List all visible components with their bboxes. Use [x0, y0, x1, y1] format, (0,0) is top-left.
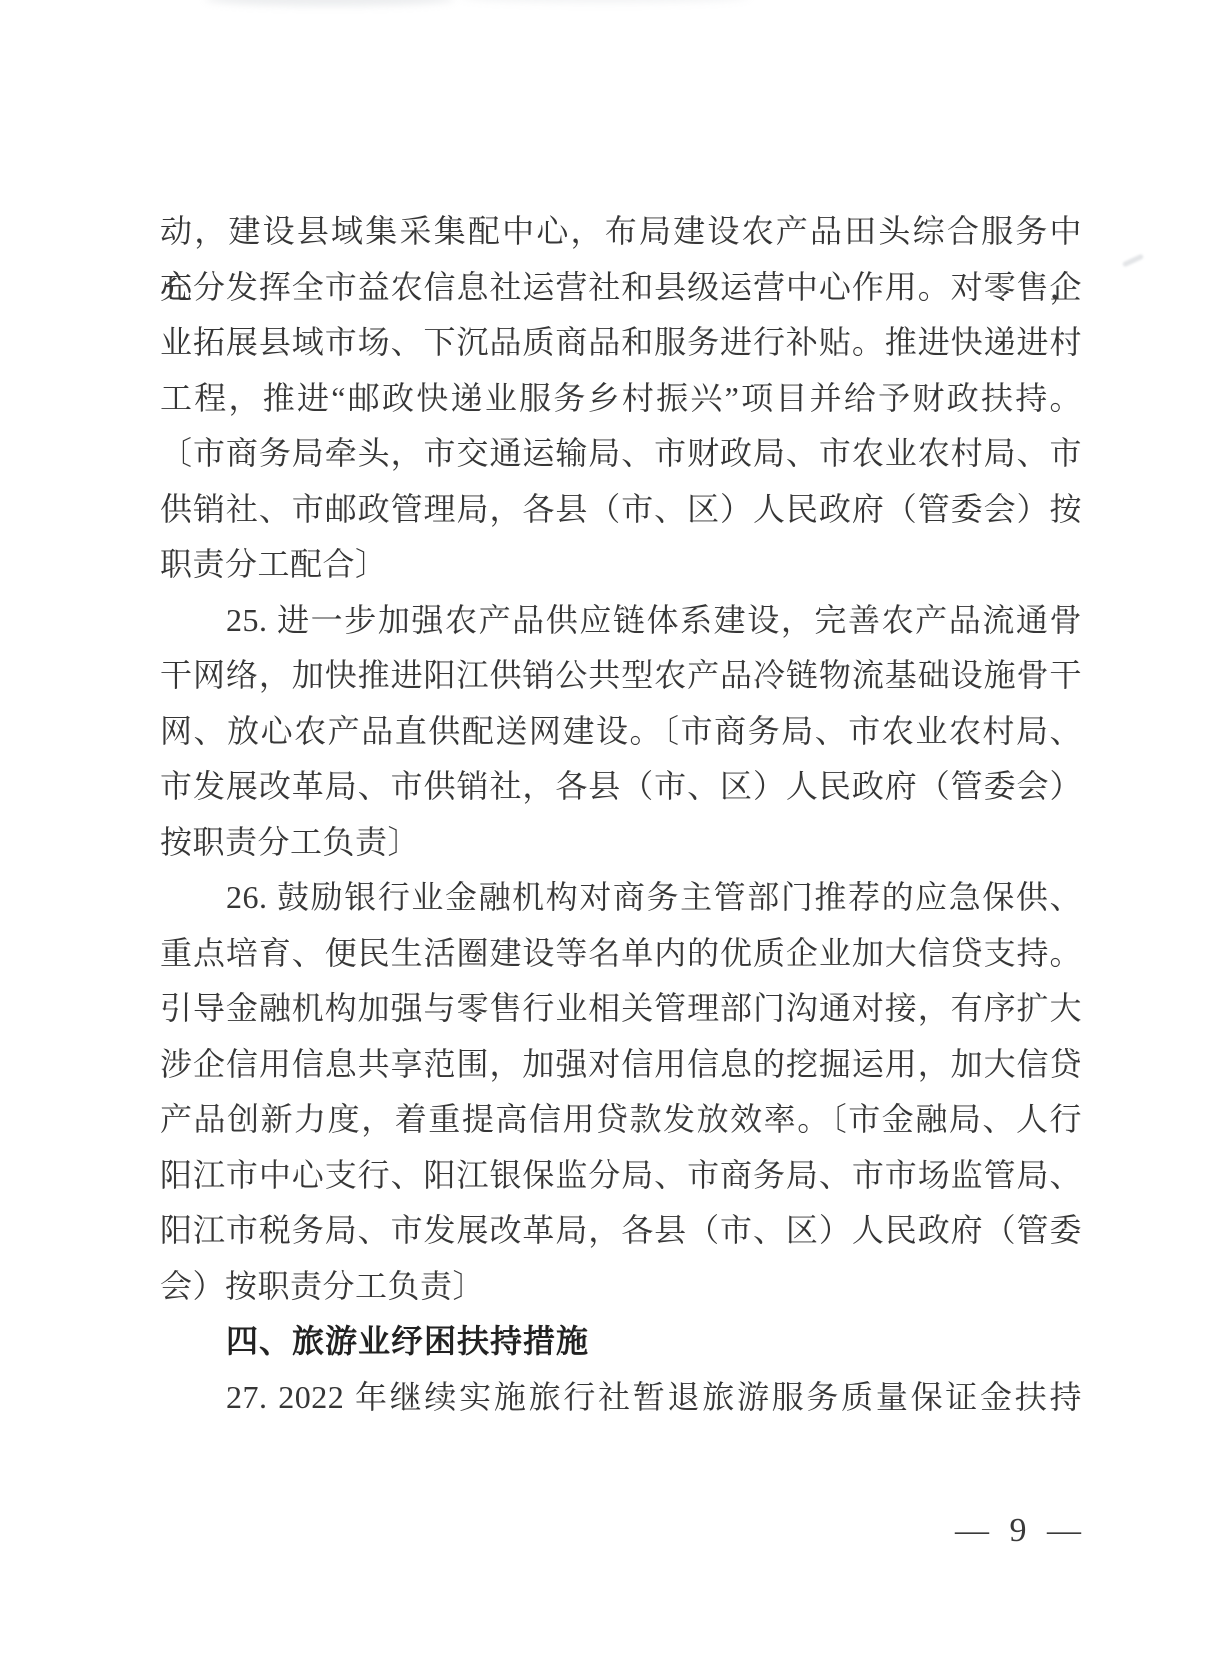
body-line: 干网络，加快推进阳江供销公共型农产品冷链物流基础设施骨干 — [160, 648, 1082, 704]
section-heading: 四、旅游业纾困扶持措施 — [160, 1314, 1082, 1370]
scan-artifact — [205, 0, 455, 6]
body-line: 〔市商务局牵头，市交通运输局、市财政局、市农业农村局、市 — [160, 426, 1082, 482]
body-line: 涉企信用信息共享范围，加强对信用信息的挖掘运用，加大信贷 — [160, 1037, 1082, 1093]
body-line: 阳江市中心支行、阳江银保监分局、市商务局、市市场监管局、 — [160, 1148, 1082, 1204]
body-line: 市发展改革局、市供销社，各县（市、区）人民政府（管委会） — [160, 759, 1082, 815]
scan-artifact — [460, 0, 750, 3]
body-line: 供销社、市邮政管理局，各县（市、区）人民政府（管委会）按 — [160, 482, 1082, 538]
body-line: 业拓展县域市场、下沉品质商品和服务进行补贴。推进快递进村 — [160, 315, 1082, 371]
body-line: 产品创新力度，着重提高信用贷款发放效率。〔市金融局、人行 — [160, 1092, 1082, 1148]
scan-artifact — [1122, 254, 1144, 268]
paragraph-26-start: 26. 鼓励银行业金融机构对商务主管部门推荐的应急保供、 — [160, 870, 1082, 926]
body-line: 引导金融机构加强与零售行业相关管理部门沟通对接，有序扩大 — [160, 981, 1082, 1037]
paragraph-27-start: 27. 2022 年继续实施旅行社暂退旅游服务质量保证金扶持 — [160, 1370, 1082, 1426]
page-number: — 9 — — [955, 1503, 1083, 1558]
body-line: 会）按职责分工负责〕 — [160, 1259, 1082, 1315]
body-line: 阳江市税务局、市发展改革局，各县（市、区）人民政府（管委 — [160, 1203, 1082, 1259]
document-page: 动，建设县域集采集配中心，布局建设农产品田头综合服务中心， 充分发挥全市益农信息… — [0, 0, 1223, 1662]
body-line: 职责分工配合〕 — [160, 537, 1082, 593]
body-line: 充分发挥全市益农信息社运营社和县级运营中心作用。对零售企 — [160, 260, 1082, 316]
body-line: 动，建设县域集采集配中心，布局建设农产品田头综合服务中心， — [160, 204, 1082, 260]
body-line: 网、放心农产品直供配送网建设。〔市商务局、市农业农村局、 — [160, 704, 1082, 760]
paragraph-25-start: 25. 进一步加强农产品供应链体系建设，完善农产品流通骨 — [160, 593, 1082, 649]
body-line: 工程，推进“邮政快递业服务乡村振兴”项目并给予财政扶持。 — [160, 371, 1082, 427]
document-body: 动，建设县域集采集配中心，布局建设农产品田头综合服务中心， 充分发挥全市益农信息… — [160, 204, 1082, 1425]
body-line: 按职责分工负责〕 — [160, 815, 1082, 871]
body-line: 重点培育、便民生活圈建设等名单内的优质企业加大信贷支持。 — [160, 926, 1082, 982]
